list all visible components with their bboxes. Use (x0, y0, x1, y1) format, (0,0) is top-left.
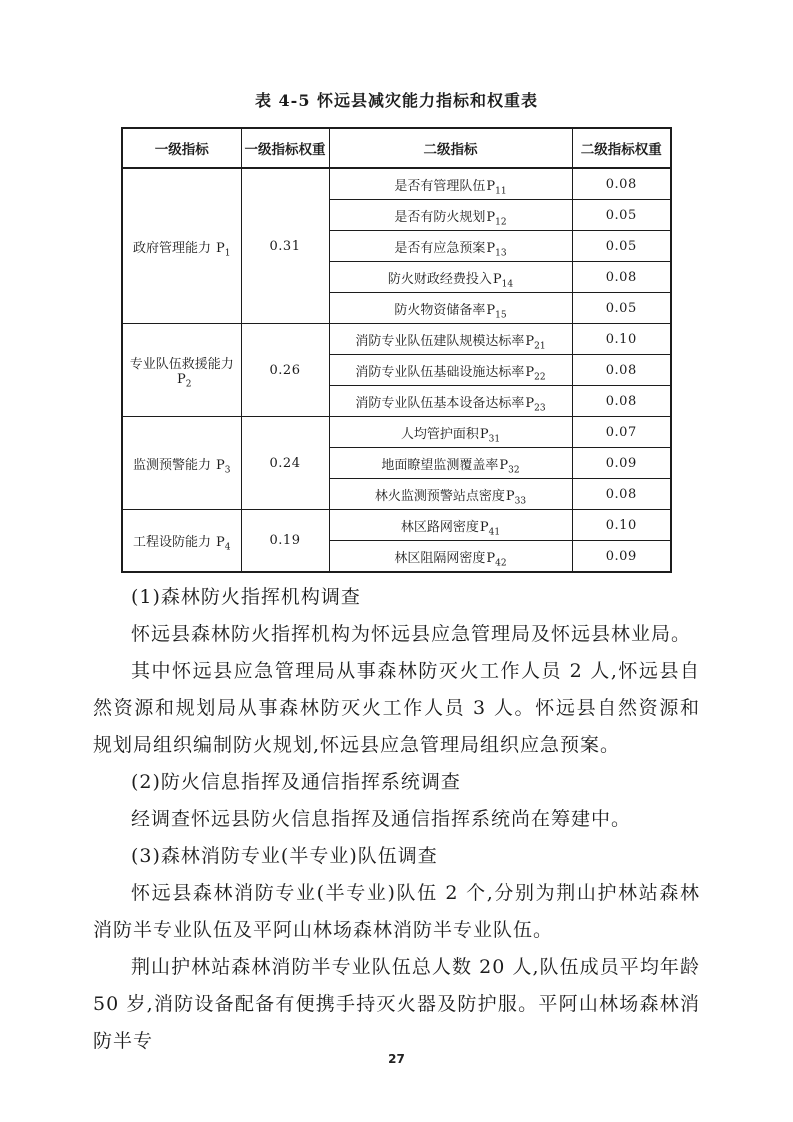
document-page: 表 4-5 怀远县减灾能力指标和权重表 一级指标 一级指标权重 二级指标 二级指… (0, 0, 793, 1122)
indicator-symbol: P (480, 427, 489, 442)
indicator-symbol: P (525, 365, 534, 380)
level2-indicator-cell: 消防专业队伍基本设备达标率P23 (329, 386, 572, 417)
level2-indicator-cell: 林区路网密度P41 (329, 510, 572, 541)
level1-weight-cell: 0.26 (241, 324, 329, 417)
header-level2-indicator: 二级指标 (329, 128, 572, 168)
section-heading-3: (3)森林消防专业(半专业)队伍调查 (93, 838, 700, 875)
page-number: 27 (0, 1052, 793, 1066)
indicator-weight-table: 一级指标 一级指标权重 二级指标 二级指标权重 政府管理能力P1 0.31 是否… (121, 127, 672, 573)
table-row: 工程设防能力P4 0.19 林区路网密度P41 0.10 (122, 510, 671, 541)
level1-indicator-cell: 监测预警能力P3 (122, 417, 241, 510)
level2-indicator-cell: 消防专业队伍建队规模达标率P21 (329, 324, 572, 355)
indicator-symbol: P (525, 334, 534, 349)
indicator-subscript: 13 (495, 248, 506, 258)
table-title: 表 4-5 怀远县减灾能力指标和权重表 (93, 90, 700, 112)
table-row: 专业队伍救援能力P2 0.26 消防专业队伍建队规模达标率P21 0.10 (122, 324, 671, 355)
level2-weight-cell: 0.08 (572, 479, 671, 510)
indicator-subscript: 1 (225, 248, 231, 258)
level2-name: 是否有应急预案 (394, 241, 485, 256)
level2-name: 林区路网密度 (401, 520, 479, 535)
header-level2-weight: 二级指标权重 (572, 128, 671, 168)
indicator-subscript: 11 (495, 186, 506, 196)
level1-name: 监测预警能力 (133, 458, 211, 473)
paragraph: 荆山护林站森林消防半专业队伍总人数 20 人,队伍成员平均年龄 50 岁,消防设… (93, 949, 700, 1060)
level2-name: 消防专业队伍建队规模达标率 (355, 334, 524, 349)
indicator-symbol: P (506, 489, 515, 504)
indicator-subscript: 21 (534, 341, 545, 351)
body-text: (1)森林防火指挥机构调查 怀远县森林防火指挥机构为怀远县应急管理局及怀远县林业… (93, 579, 700, 1060)
level2-indicator-cell: 是否有管理队伍P11 (329, 168, 572, 200)
level2-name: 防火财政经费投入 (388, 272, 492, 287)
level1-indicator-cell: 工程设防能力P4 (122, 510, 241, 573)
indicator-subscript: 31 (489, 434, 500, 444)
level2-name: 林火监测预警站点密度 (375, 489, 505, 504)
level2-weight-cell: 0.08 (572, 386, 671, 417)
indicator-symbol: P (499, 458, 508, 473)
level2-weight-cell: 0.05 (572, 293, 671, 324)
level2-indicator-cell: 消防专业队伍基础设施达标率P22 (329, 355, 572, 386)
indicator-subscript: 42 (495, 558, 506, 568)
indicator-symbol: P (486, 179, 495, 194)
level2-weight-cell: 0.10 (572, 510, 671, 541)
section-heading-2: (2)防火信息指挥及通信指挥系统调查 (93, 764, 700, 801)
indicator-symbol: P (486, 241, 495, 256)
level2-name: 地面瞭望监测覆盖率 (381, 458, 498, 473)
indicator-subscript: 4 (225, 543, 231, 553)
paragraph: 其中怀远县应急管理局从事森林防灭火工作人员 2 人,怀远县自然资源和规划局从事森… (93, 653, 700, 764)
level2-name: 防火物资储备率 (394, 303, 485, 318)
level2-name: 消防专业队伍基本设备达标率 (355, 396, 524, 411)
table-header-row: 一级指标 一级指标权重 二级指标 二级指标权重 (122, 128, 671, 168)
level1-name: 工程设防能力 (133, 535, 211, 550)
paragraph: 经调查怀远县防火信息指挥及通信指挥系统尚在筹建中。 (93, 801, 700, 838)
level2-weight-cell: 0.09 (572, 541, 671, 573)
level1-indicator-cell: 专业队伍救援能力P2 (122, 324, 241, 417)
indicator-symbol: P (216, 535, 225, 550)
indicator-symbol: P (486, 303, 495, 318)
table-row: 监测预警能力P3 0.24 人均管护面积P31 0.07 (122, 417, 671, 448)
indicator-subscript: 23 (534, 403, 545, 413)
indicator-symbol: P (216, 458, 225, 473)
indicator-subscript: 3 (225, 465, 231, 475)
level2-indicator-cell: 防火物资储备率P15 (329, 293, 572, 324)
indicator-symbol: P (486, 551, 495, 566)
level1-indicator-cell: 政府管理能力P1 (122, 168, 241, 324)
indicator-subscript: 2 (186, 380, 192, 390)
level1-name: 政府管理能力 (133, 241, 211, 256)
level2-weight-cell: 0.08 (572, 355, 671, 386)
level2-indicator-cell: 地面瞭望监测覆盖率P32 (329, 448, 572, 479)
indicator-symbol: P (216, 241, 225, 256)
level2-weight-cell: 0.05 (572, 231, 671, 262)
indicator-subscript: 41 (489, 527, 500, 537)
indicator-subscript: 12 (495, 217, 506, 227)
level2-indicator-cell: 林区阻隔网密度P42 (329, 541, 572, 573)
indicator-subscript: 22 (534, 372, 545, 382)
indicator-subscript: 32 (508, 465, 519, 475)
level2-indicator-cell: 是否有防火规划P12 (329, 200, 572, 231)
level2-weight-cell: 0.05 (572, 200, 671, 231)
page-content: 表 4-5 怀远县减灾能力指标和权重表 一级指标 一级指标权重 二级指标 二级指… (0, 0, 793, 1060)
level1-weight-cell: 0.19 (241, 510, 329, 573)
level1-weight-cell: 0.24 (241, 417, 329, 510)
header-level1-weight: 一级指标权重 (241, 128, 329, 168)
indicator-symbol: P (525, 396, 534, 411)
level2-weight-cell: 0.10 (572, 324, 671, 355)
indicator-symbol: P (177, 372, 186, 387)
level1-weight-cell: 0.31 (241, 168, 329, 324)
level2-indicator-cell: 防火财政经费投入P14 (329, 262, 572, 293)
paragraph: 怀远县森林防火指挥机构为怀远县应急管理局及怀远县林业局。 (93, 616, 700, 653)
level2-name: 消防专业队伍基础设施达标率 (355, 365, 524, 380)
paragraph: 怀远县森林消防专业(半专业)队伍 2 个,分别为荆山护林站森林消防半专业队伍及平… (93, 875, 700, 949)
level2-indicator-cell: 林火监测预警站点密度P33 (329, 479, 572, 510)
indicator-subscript: 33 (515, 496, 526, 506)
level2-name: 是否有防火规划 (394, 210, 485, 225)
level2-weight-cell: 0.08 (572, 168, 671, 200)
level2-name: 是否有管理队伍 (394, 179, 485, 194)
table-row: 政府管理能力P1 0.31 是否有管理队伍P11 0.08 (122, 168, 671, 200)
level2-weight-cell: 0.09 (572, 448, 671, 479)
indicator-subscript: 14 (502, 279, 513, 289)
indicator-symbol: P (480, 520, 489, 535)
section-heading-1: (1)森林防火指挥机构调查 (93, 579, 700, 616)
level2-weight-cell: 0.07 (572, 417, 671, 448)
level2-name: 林区阻隔网密度 (394, 551, 485, 566)
header-level1-indicator: 一级指标 (122, 128, 241, 168)
level1-name: 专业队伍救援能力 (130, 357, 234, 372)
indicator-symbol: P (486, 210, 495, 225)
level2-weight-cell: 0.08 (572, 262, 671, 293)
level2-indicator-cell: 是否有应急预案P13 (329, 231, 572, 262)
level2-name: 人均管护面积 (401, 427, 479, 442)
indicator-symbol: P (493, 272, 502, 287)
level2-indicator-cell: 人均管护面积P31 (329, 417, 572, 448)
indicator-subscript: 15 (495, 310, 506, 320)
